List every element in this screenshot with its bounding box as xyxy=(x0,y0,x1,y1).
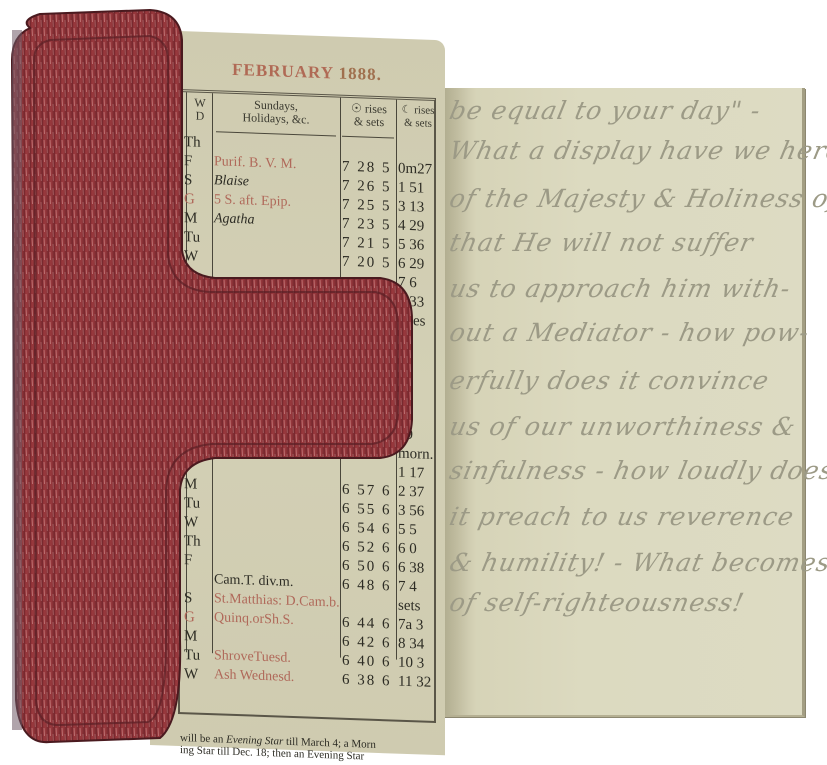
day-number: 7 xyxy=(160,247,178,265)
moon-times: 7 4 xyxy=(398,579,450,598)
handwriting-line: & humility! - What becomes xyxy=(447,548,827,577)
day-number: 1 xyxy=(160,133,178,151)
calendar-frame: FEBRUARY 1888. W D Sundays, Holidays, &c… xyxy=(178,89,436,723)
day-number: 5 xyxy=(160,209,178,227)
sun-times xyxy=(342,140,410,142)
day-number xyxy=(160,418,178,419)
moon-times: 6 29 xyxy=(398,256,450,275)
day-number: 20 xyxy=(160,494,178,512)
moon-times: 5 36 xyxy=(398,237,450,256)
day-number xyxy=(160,361,178,362)
weekday xyxy=(184,343,204,344)
holiday-text: Agatha xyxy=(214,211,254,228)
weekday xyxy=(184,324,204,325)
holidays-header: Sundays, Holidays, &c. xyxy=(216,97,336,127)
weekday-header: W D xyxy=(188,96,212,123)
footer-note: will be an Evening Star till March 4; a … xyxy=(180,732,376,763)
moon-times: 2 37 xyxy=(398,484,450,503)
moon-times: 6 38 xyxy=(398,560,450,579)
weekday: S xyxy=(184,590,204,608)
day-number: 4 xyxy=(160,190,178,208)
day-number xyxy=(160,342,178,343)
weekday: M xyxy=(184,476,204,494)
handwritten-page: be equal to your day" - What a display h… xyxy=(440,88,805,717)
month-title: FEBRUARY 1888. xyxy=(180,58,434,87)
holiday-text: Ash Wednesd. xyxy=(214,667,294,686)
day-number: 3 xyxy=(160,171,178,189)
weekday: G xyxy=(184,191,204,209)
moon-times: 23 xyxy=(398,370,450,389)
calendar-page: FEBRUARY 1888. W D Sundays, Holidays, &c… xyxy=(150,30,445,755)
handwriting-line: out a Mediator - how pow- xyxy=(447,318,812,347)
handwriting-line: that He will not suffer xyxy=(447,228,756,257)
weekday xyxy=(184,457,204,458)
day-number: 24 xyxy=(160,589,178,607)
day-number: 28 xyxy=(160,665,178,683)
moon-times: 59 xyxy=(398,427,450,446)
moon-times: 5 5 xyxy=(398,522,450,541)
moon-times: 7a 3 xyxy=(398,617,450,636)
day-number: 19 xyxy=(160,475,178,493)
weekday: Tu xyxy=(184,495,204,513)
weekday xyxy=(184,362,204,363)
handwriting-line: erfully does it convince xyxy=(447,366,772,395)
header-rule xyxy=(216,131,336,136)
handwriting-line: sinfulness - how loudly does xyxy=(447,456,827,485)
weekday: G xyxy=(184,609,204,627)
handwriting-line: us of our unworthiness & xyxy=(447,412,799,441)
moon-times: rises xyxy=(398,313,450,332)
day-number: 22 xyxy=(160,532,178,550)
moon-times: sets xyxy=(398,598,450,617)
day-number: 23 xyxy=(160,551,178,569)
weekday xyxy=(184,286,204,287)
day-number: 25 xyxy=(160,608,178,626)
weekday: Th xyxy=(184,134,204,152)
day-number: 6 xyxy=(160,228,178,246)
moon-times: 10 3 xyxy=(398,655,450,674)
moon-times: 7 6 xyxy=(398,275,450,294)
holiday-text: Cam.T. div.m. xyxy=(214,572,293,591)
day-number xyxy=(160,304,178,305)
day-number: 27 xyxy=(160,646,178,664)
moon-times: 3 xyxy=(398,332,450,351)
day-number xyxy=(160,570,178,571)
day-number: 21 xyxy=(160,513,178,531)
weekday: Tu xyxy=(184,229,204,247)
weekday xyxy=(184,381,204,382)
year: 1888. xyxy=(339,64,382,85)
day-number xyxy=(160,456,178,457)
weekday: M xyxy=(184,210,204,228)
moon-times: 33 xyxy=(398,389,450,408)
day-number: 26 xyxy=(160,627,178,645)
holiday-text: ShroveTuesd. xyxy=(214,648,291,667)
holiday-text: 5 S. aft. Epip. xyxy=(214,192,291,211)
moon-times: 1 17 xyxy=(398,465,450,484)
moon-times xyxy=(398,142,450,144)
moon-times: 6 0 xyxy=(398,541,450,560)
handwriting-line: be equal to your day" - xyxy=(447,96,764,125)
column-rule xyxy=(212,93,213,653)
cover-spine-edge xyxy=(12,30,22,730)
handwriting-line: us to approach him with- xyxy=(447,274,794,303)
handwriting-line: of self-righteousness! xyxy=(447,588,747,617)
holiday-text: Purif. B. V. M. xyxy=(214,154,296,173)
moon-times: 45 xyxy=(398,408,450,427)
weekday: Th xyxy=(184,533,204,551)
moon-times: 0m27 xyxy=(398,161,450,180)
weekday xyxy=(184,419,204,420)
weekday: F xyxy=(184,153,204,171)
weekday: Tu xyxy=(184,647,204,665)
handwriting-line: it preach to us reverence xyxy=(447,502,797,531)
weekday: W xyxy=(184,514,204,532)
moon-times: 1 51 xyxy=(398,180,450,199)
day-number xyxy=(160,266,178,267)
holiday-text: Quinq.orSh.S. xyxy=(214,610,294,629)
moon-times: 11 32 xyxy=(398,674,450,693)
moon-times: 12 xyxy=(398,351,450,370)
day-number xyxy=(160,437,178,438)
moon-times: 3 13 xyxy=(398,199,450,218)
moon-times: 7 33 xyxy=(398,294,450,313)
weekday xyxy=(184,438,204,439)
weekday: M xyxy=(184,628,204,646)
month-name: FEBRUARY xyxy=(232,60,333,83)
weekday xyxy=(184,267,204,268)
handwriting-line: of the Majesty & Holiness of God xyxy=(447,184,827,213)
day-number: 2 xyxy=(160,152,178,170)
weekday: W xyxy=(184,666,204,684)
moon-times: morn. xyxy=(398,446,450,465)
weekday: F xyxy=(184,552,204,570)
holiday-text: St.Matthias: D.Cam.b. xyxy=(214,591,340,611)
column-rule xyxy=(340,98,341,658)
moon-header: ☾ rises & sets xyxy=(398,104,438,131)
holiday-text: Blaise xyxy=(214,173,249,190)
moon-times: 3 56 xyxy=(398,503,450,522)
day-number xyxy=(160,380,178,381)
day-number xyxy=(160,323,178,324)
day-number xyxy=(160,285,178,286)
moon-times: 4 29 xyxy=(398,218,450,237)
day-number xyxy=(160,399,178,400)
sun-header: ☉ rises & sets xyxy=(342,102,396,130)
handwriting-line: What a display have we here xyxy=(447,136,827,165)
weekday: W xyxy=(184,248,204,266)
weekday xyxy=(184,305,204,306)
moon-times: 8 34 xyxy=(398,636,450,655)
weekday xyxy=(184,571,204,572)
weekday: S xyxy=(184,172,204,190)
header-rule xyxy=(342,136,394,139)
weekday xyxy=(184,400,204,401)
